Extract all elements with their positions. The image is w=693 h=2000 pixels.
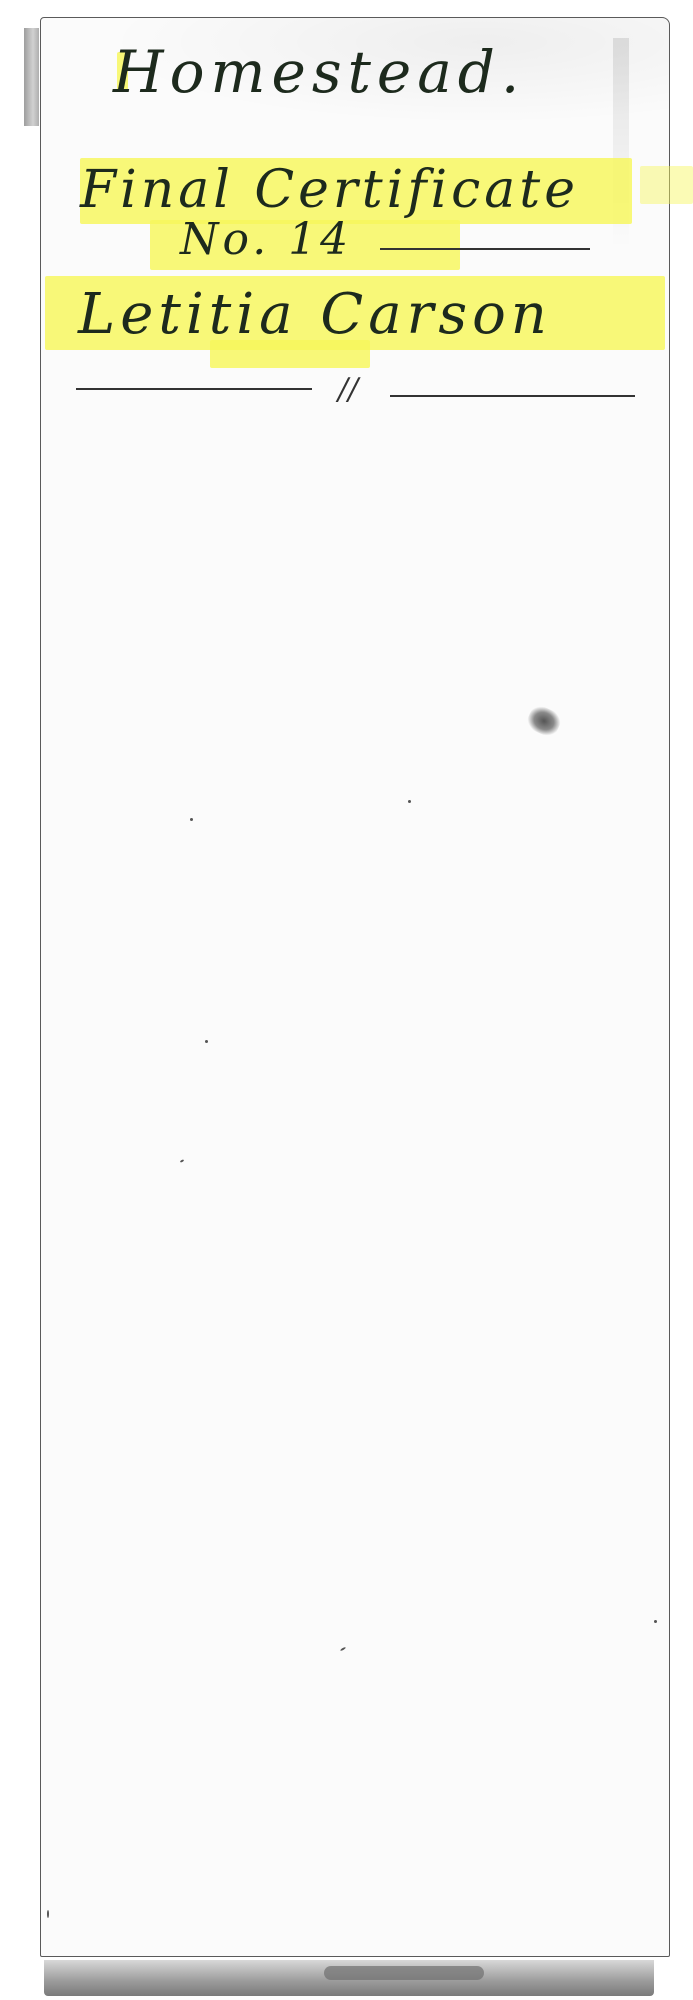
heading-homestead: Homestead.	[113, 38, 525, 106]
speck	[654, 1620, 657, 1623]
speck	[408, 800, 411, 803]
divider-left	[76, 388, 312, 390]
certificate-number: No. 14	[180, 214, 352, 265]
speck	[190, 818, 193, 821]
ditto-mark: //	[338, 372, 358, 407]
binding-tab	[24, 28, 39, 126]
divider-right	[390, 395, 635, 397]
claimant-name: Letitia Carson	[78, 282, 552, 347]
number-underline	[380, 248, 590, 250]
bottom-binding-strip	[44, 1960, 654, 1996]
speck	[205, 1040, 208, 1043]
certificate-label: Final Certificate	[80, 160, 579, 220]
speck	[47, 1910, 49, 1918]
highlight-overflow	[640, 166, 693, 204]
